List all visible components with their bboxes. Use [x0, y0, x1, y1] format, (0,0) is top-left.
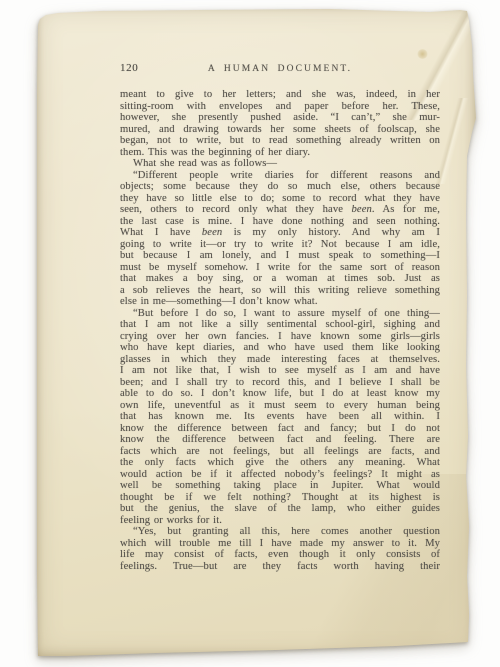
text-line: know the difference between fact and fee…: [120, 434, 440, 446]
text-line: would action be if it affected nobody’s …: [120, 469, 440, 481]
page-header: 120 A HUMAN DOCUMENT.: [120, 62, 440, 77]
text-line: must be myself somehow. I write for the …: [120, 262, 440, 274]
text-line: thought be if we felt nothing? Thought a…: [120, 492, 440, 504]
text-line: they have so little else to do; some to …: [120, 193, 440, 205]
text-line: the only facts which give the others any…: [120, 457, 440, 469]
text-line: “Yes, but granting all this, here comes …: [120, 526, 440, 538]
text-line: facts which are not feelings, but all fe…: [120, 446, 440, 458]
text-line: “But before I do so, I want to assure my…: [120, 308, 440, 320]
text-line: seen, others to record only what they ha…: [120, 204, 440, 216]
text-line: who have kept diaries, and who have used…: [120, 342, 440, 354]
text-line: able to do so. I don’t know life, but I …: [120, 388, 440, 400]
text-line: sitting-room with envelopes and paper be…: [120, 101, 440, 113]
text-line: that has known me. Its events have been …: [120, 411, 440, 423]
text-line: objects; some because they do so much el…: [120, 181, 440, 193]
running-head: A HUMAN DOCUMENT.: [120, 64, 440, 74]
page-body: meant to give to her letters; and she wa…: [120, 89, 440, 572]
text-line: mured, and drawing towards her some shee…: [120, 124, 440, 136]
text-line: crying over her own fancies. I have know…: [120, 331, 440, 343]
text-column: 120 A HUMAN DOCUMENT. meant to give to h…: [120, 6, 440, 658]
scan-background: 120 A HUMAN DOCUMENT. meant to give to h…: [0, 0, 500, 667]
text-line: What I have been is my only history. And…: [120, 227, 440, 239]
book-page-photo: 120 A HUMAN DOCUMENT. meant to give to h…: [36, 6, 476, 658]
text-line: “Different people write diaries for diff…: [120, 170, 440, 182]
text-line: I am not like that, I wish to see myself…: [120, 365, 440, 377]
text-line: own life, uneventful as it must seem to …: [120, 400, 440, 412]
text-line: been; and I shall try to record this, an…: [120, 377, 440, 389]
text-line: feelings. True—but are they facts worth …: [120, 561, 440, 573]
text-line: that I am not like a silly sentimental s…: [120, 319, 440, 331]
text-line: that makes a boy sing, or a woman at tim…: [120, 273, 440, 285]
text-line: feeling or works for it.: [120, 515, 440, 527]
text-line: glasses in which they made interesting f…: [120, 354, 440, 366]
text-line: else in me—something—I don’t know what.: [120, 296, 440, 308]
text-line: What she read was as follows—: [120, 158, 440, 170]
text-line: the last case is mine. I have done nothi…: [120, 216, 440, 228]
book-page: 120 A HUMAN DOCUMENT. meant to give to h…: [36, 6, 476, 658]
text-line: a sob relieves the heart, so will this w…: [120, 285, 440, 297]
text-line: however, she presently pushed aside. “I …: [120, 112, 440, 124]
text-line: meant to give to her letters; and she wa…: [120, 89, 440, 101]
text-line: but the genius, the slave of the lamp, w…: [120, 503, 440, 515]
text-line: which will trouble me till I have made m…: [120, 538, 440, 550]
text-line: life may consist of facts, even though i…: [120, 549, 440, 561]
text-line: but because I am lonely, and I must spea…: [120, 250, 440, 262]
text-line: began, not to write, but to read somethi…: [120, 135, 440, 147]
text-line: them. This was the beginning of her diar…: [120, 147, 440, 159]
text-line: well be something taking place in Jupite…: [120, 480, 440, 492]
text-line: going to write it—or try to write it? No…: [120, 239, 440, 251]
text-line: know the difference between fact and fan…: [120, 423, 440, 435]
